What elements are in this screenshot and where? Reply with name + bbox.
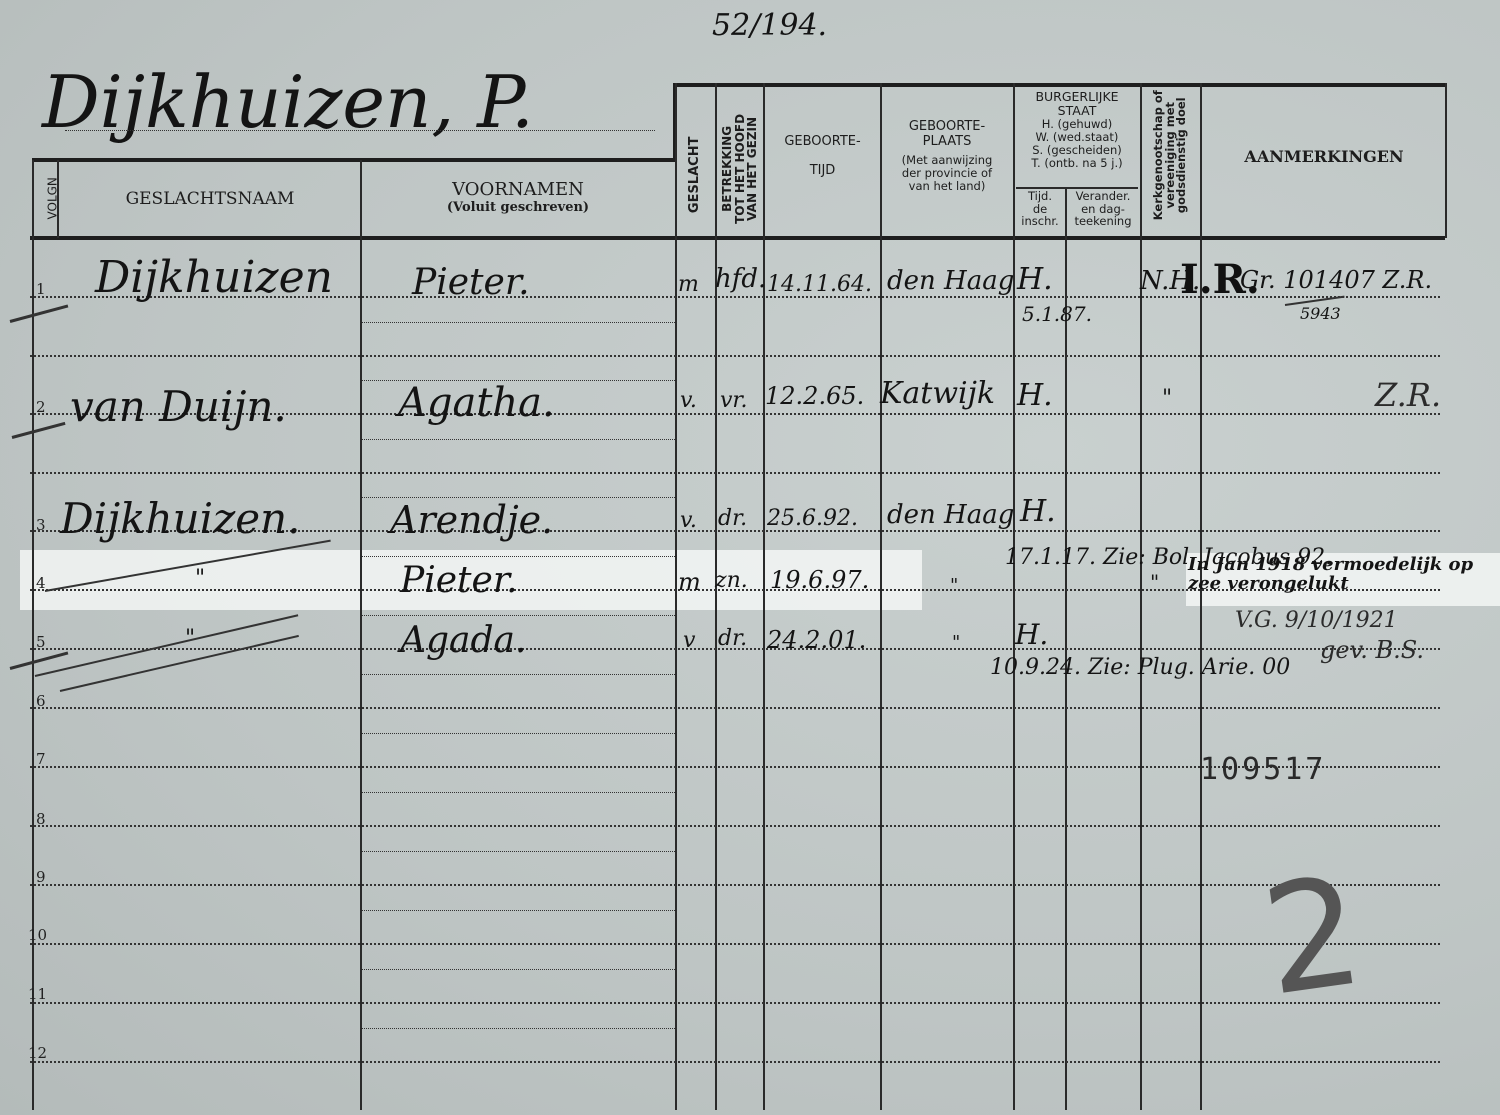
row-5-betrekking: dr. [718,626,747,651]
row-number: 2 [36,398,46,416]
row-line [30,707,1440,709]
row-1-voornamen: Pieter. [412,262,530,303]
half-row-line [362,556,675,557]
header-bottom-line [30,236,1445,240]
row-line [30,825,1440,827]
row-4-voornamen: Pieter. [400,560,518,601]
row-number: 6 [36,692,46,710]
geboortetijd-line-2: TIJD [765,164,880,179]
half-row-line [362,615,675,616]
half-row-line [362,674,675,675]
burgerlijke-staat-line-2: STAAT [1014,104,1140,118]
half-row-line [362,733,675,734]
row-3-geslacht: v. [680,508,697,533]
row-3-geboortetijd: 25.6.92. [767,506,858,531]
half-row-line [362,792,675,793]
row-number: 9 [36,868,46,886]
column-divider [32,160,34,1110]
row-1-tijd-inschr: 5.1.87. [1022,302,1092,326]
row-3-geboorteplaats: den Haag [887,500,1014,530]
half-row-line [362,439,675,440]
row-4-geboorteplaats: " [950,575,958,596]
column-divider [675,83,677,1110]
half-row-line [362,969,675,970]
row-number: 5 [36,633,46,651]
row-1-betrekking: hfd. [715,264,766,294]
header-geslacht: GESLACHT [688,125,702,225]
row-1-aanmerkingen-sub: 5943 [1300,304,1341,323]
header-volgn: VOLGN [47,163,60,233]
betrekking-line-3: VAN HET GEZIN [746,109,759,229]
row-4-geslacht: m [678,568,701,596]
header-geboortetijd: GEBOORTE- TIJD [765,135,880,179]
row-2-geslacht: v. [680,388,697,413]
half-row-line [362,322,675,323]
row-2-kerkgenootschap: " [1162,386,1172,411]
row-4-geboortetijd: 19.6.97. [770,566,869,594]
header-tijd-inschr: Tijd. de inschr. [1014,190,1066,228]
betrekking-line-1: BETREKKING [721,109,734,229]
half-row-line [362,1028,675,1029]
row-2-geboortetijd: 12.2.65. [765,382,864,410]
staat-optie-h: H. (gehuwd) [1014,118,1140,131]
margin-mark-2 [12,422,66,439]
row-1-geslachtsnaam: Dijkhuizen [95,252,333,303]
geboortetijd-line-1: GEBOORTE- [765,135,880,150]
tijd-line-1: Tijd. [1014,190,1066,203]
row-1-aanmerkingen: Gr. 101407 Z.R. [1240,266,1432,294]
reference-number: 52/194. [712,8,827,43]
row-5-geslacht: v [683,628,695,653]
row-line [30,1061,1440,1063]
row-3-geslachtsnaam: Dijkhuizen. [60,494,301,543]
archive-stamp-number: 109517 [1200,752,1326,787]
row-4-betrekking: zn. [715,568,748,593]
row-1-geslacht: m [678,272,699,297]
margin-mark-5 [10,652,69,670]
row-line [30,1002,1440,1004]
header-aanmerkingen: AANMERKINGEN [1202,148,1446,166]
title-baseline [65,130,655,131]
row-2-betrekking: vr. [720,388,748,413]
row-1-geboortetijd: 14.11.64. [767,272,872,297]
tijd-line-3: inschr. [1014,215,1066,228]
row-number: 10 [28,926,47,944]
geboorteplaats-line-1: GEBOORTE- [882,120,1012,135]
row-4-kerkgenootschap: " [1150,570,1159,594]
staat-optie-w: W. (wed.staat) [1014,131,1140,144]
column-divider [360,160,362,1110]
column-divider [1140,83,1142,1110]
header-geboorteplaats: GEBOORTE- PLAATS (Met aanwijzing der pro… [882,120,1012,194]
verandering-line-1: Verander. [1066,190,1140,203]
row-2-geslachtsnaam: van Duijn. [70,382,287,431]
kerk-line-3: godsdienstig doel [1176,85,1188,225]
header-geslachtsnaam: GESLACHTSNAAM [60,190,360,210]
title-underline [32,158,677,162]
row-1-geboorteplaats: den Haag [887,266,1014,296]
row-line [30,355,1440,357]
row-number: 8 [36,810,46,828]
geboorteplaats-line-2: PLAATS [882,135,1012,150]
half-row-line [362,910,675,911]
card-title: Dijkhuizen, P. [42,60,534,144]
column-divider [880,83,882,1110]
row-4-aanmerkingen: In Jan 1918 vermoedelijk op zee verongel… [1188,556,1488,594]
row-2-geboorteplaats: Katwijk [880,376,995,411]
row-number: 11 [28,985,47,1003]
row-line [30,884,1440,886]
staat-optie-s: S. (gescheiden) [1014,144,1140,157]
voornamen-label: VOORNAMEN [362,180,674,201]
registration-card: Dijkhuizen, P. 52/194. VOLGN GESLACHTSNA… [0,0,1500,1115]
row-line [30,472,1440,474]
row-2-aanmerkingen: Z.R. [1375,376,1441,414]
column-divider [1013,83,1015,1110]
row-5-burgerlijke-staat: H. [1015,618,1048,651]
row-2-burgerlijke-staat: H. [1017,378,1053,413]
margin-mark-1 [10,305,69,323]
row-3-voornamen: Arendje. [390,498,553,542]
verandering-line-3: teekening [1066,215,1140,228]
row-4-geslachtsnaam: " [195,566,205,591]
row-3-burgerlijke-staat: H. [1020,494,1056,529]
row-line [30,943,1440,945]
column-divider [1200,83,1202,1110]
row-number: 3 [36,516,46,534]
row-2-voornamen: Agatha. [398,380,555,426]
row-5-verandering: 10.9.24. Zie: Plug. Arie. 00 [990,655,1290,680]
row-5-geboortetijd: 24.2.01. [767,626,866,654]
header-verandering: Verander. en dag- teekening [1066,190,1140,228]
row-3-betrekking: dr. [718,506,747,531]
header-box-top [673,83,1445,87]
voornamen-sublabel: (Voluit geschreven) [362,201,674,216]
header-betrekking: BETREKKING TOT HET HOOFD VAN HET GEZIN [721,109,759,229]
header-kerkgenootschap: Kerkgenootschap of vereeniging met godsd… [1153,85,1188,225]
column-divider [763,83,765,1110]
geboorteplaats-sub-3: van het land) [882,180,1012,193]
row-5-geslachtsnaam: " [185,626,195,651]
header-voornamen: VOORNAMEN (Voluit geschreven) [362,180,674,216]
header-burgerlijke-staat: BURGERLIJKE STAAT H. (gehuwd) W. (wed.st… [1014,90,1140,170]
row-4-remark-text: In Jan 1918 vermoedelijk op zee verongel… [1188,554,1473,594]
row-5-geboorteplaats: " [952,632,960,653]
column-divider [715,83,717,1110]
row-number: 12 [28,1044,47,1062]
staat-optie-t: T. (ontb. na 5 j.) [1014,157,1140,170]
row-number: 1 [36,280,46,298]
row-number: 7 [36,750,46,768]
burgerlijke-staat-line-1: BURGERLIJKE [1014,90,1140,104]
row-1-burgerlijke-staat: H. [1017,262,1053,297]
row-4-aanmerkingen-3: gev. B.S. [1320,636,1424,664]
half-row-line [362,851,675,852]
row-4-aanmerkingen-2: V.G. 9/10/1921 [1235,608,1398,633]
row-5-voornamen: Agada. [400,620,526,661]
